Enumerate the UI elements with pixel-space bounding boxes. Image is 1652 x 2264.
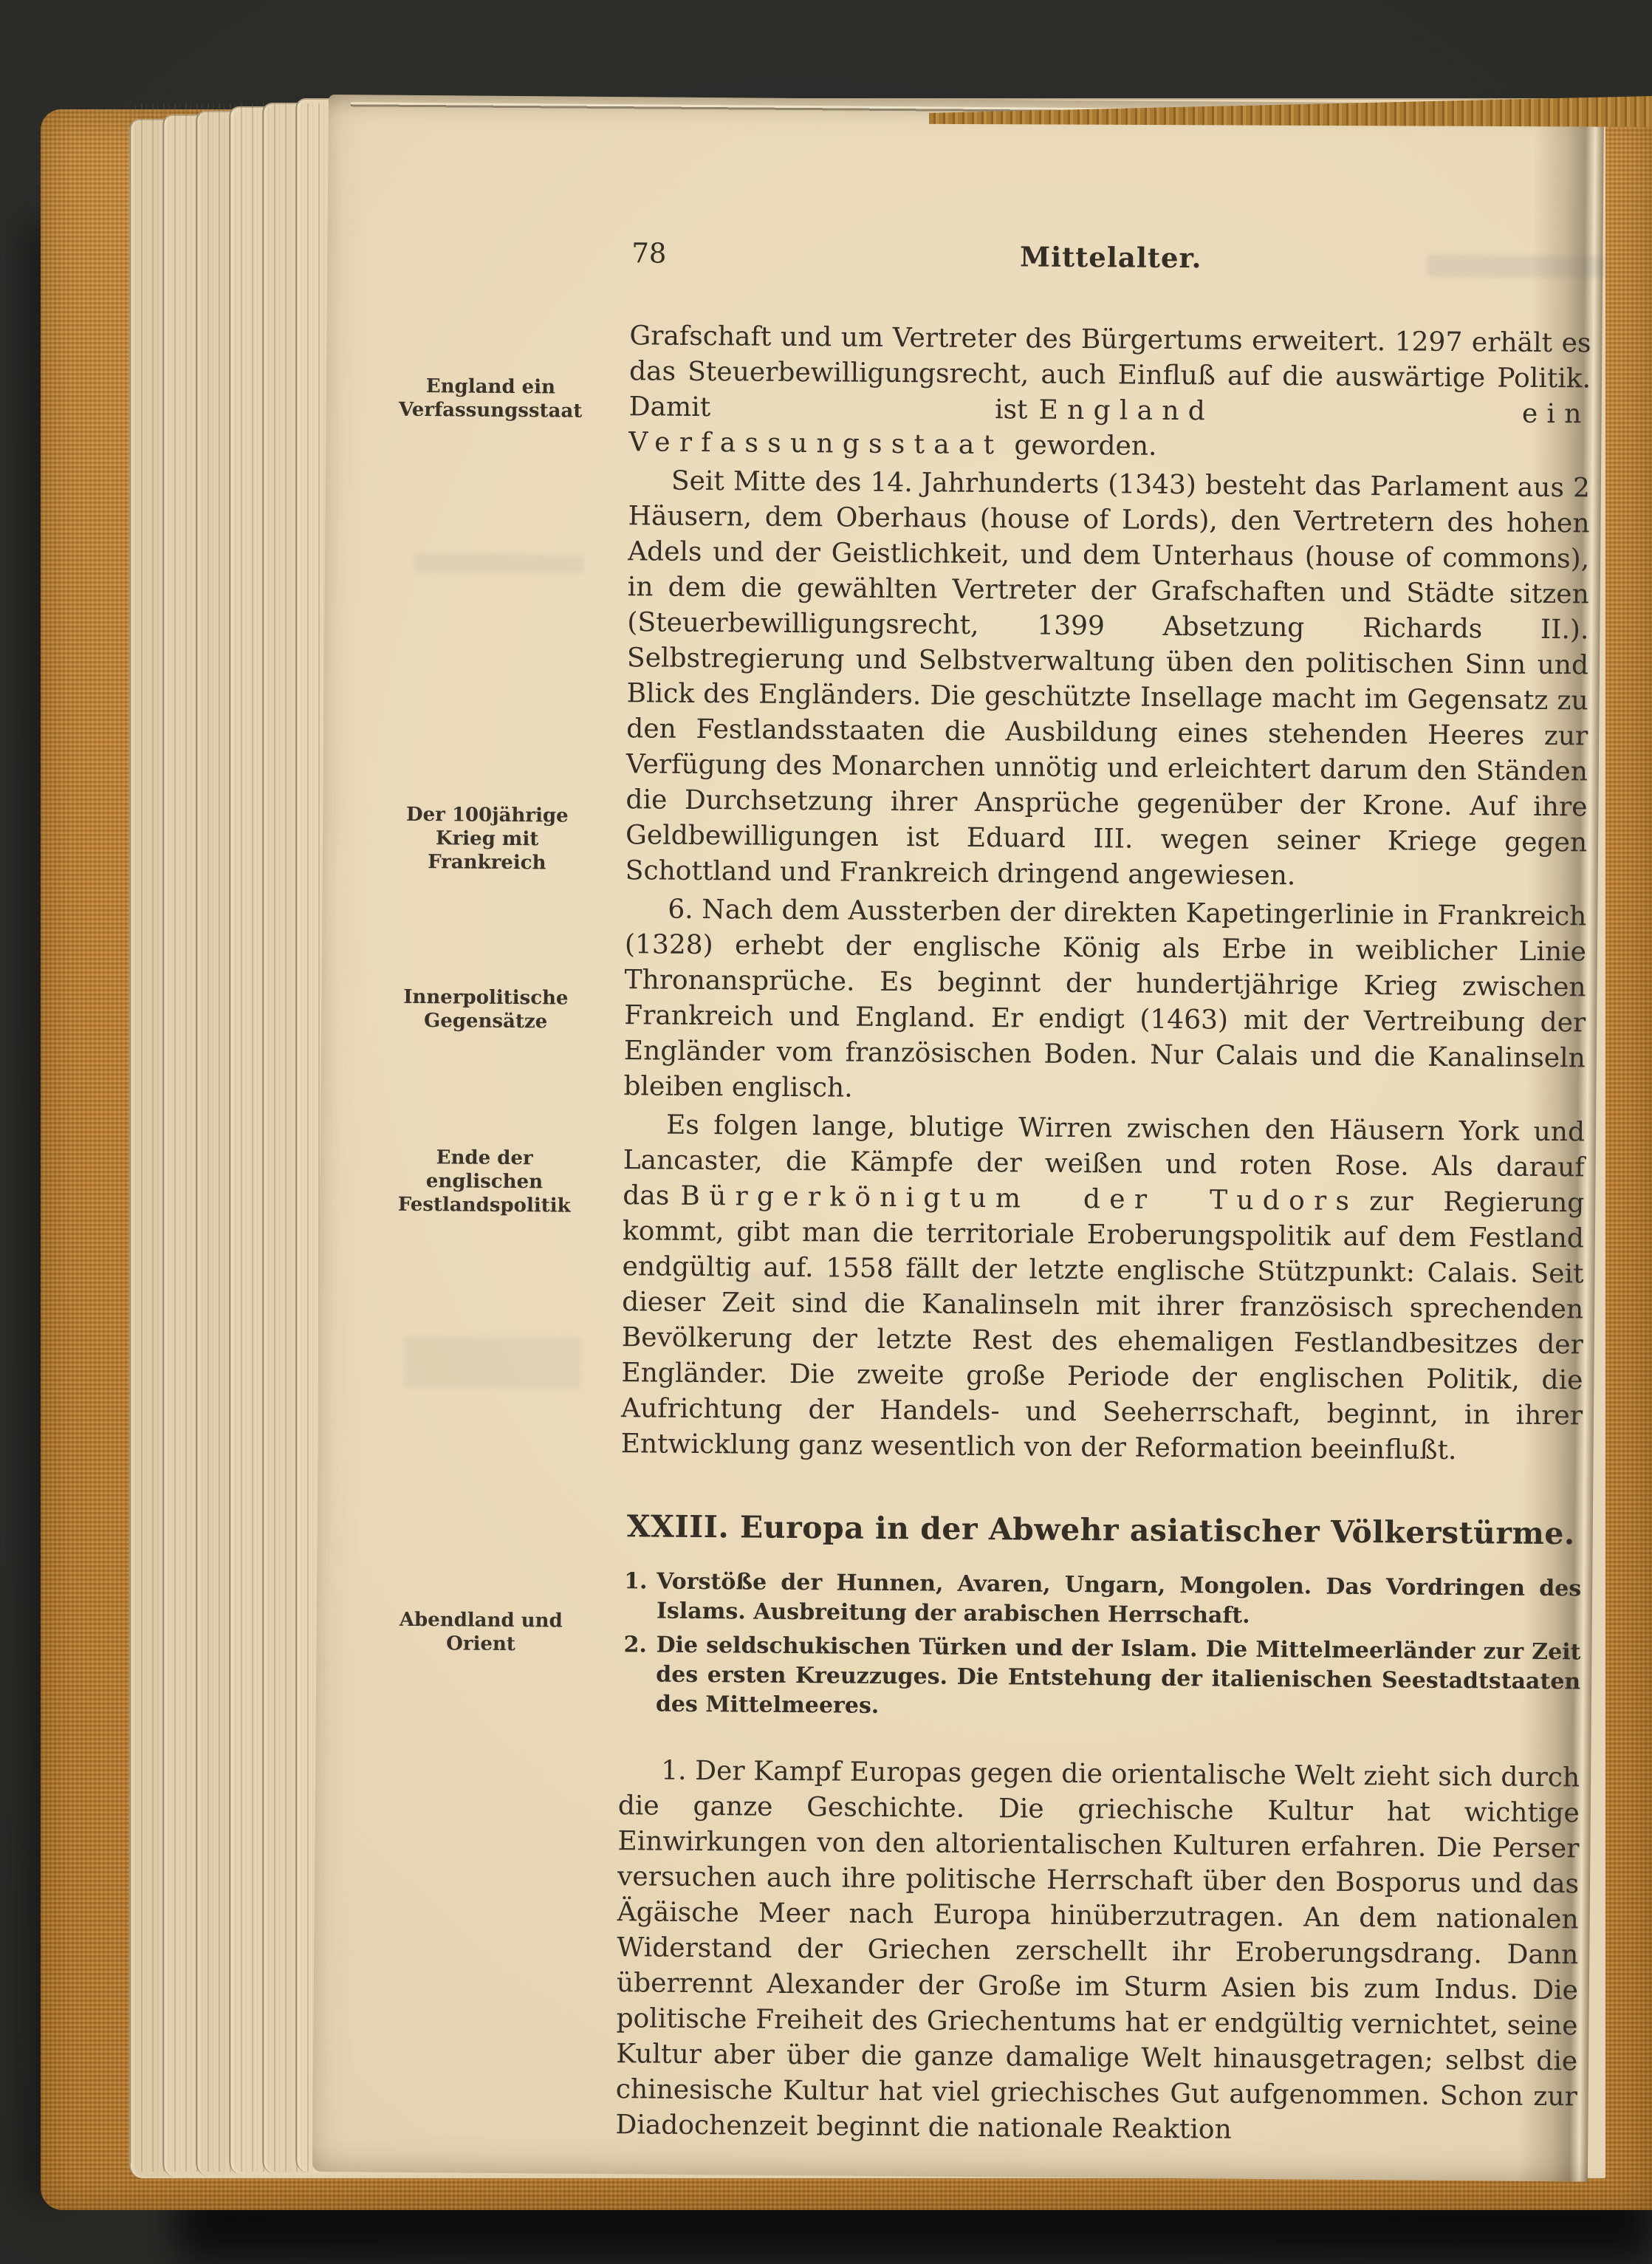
fore-edge-striations — [130, 103, 338, 2172]
overview-item-text: Vorstöße der Hunnen, Avaren, Ungarn, Mon… — [657, 1569, 1582, 1629]
body-paragraph: 6. Nach dem Aussterben der direkten Kape… — [623, 892, 1586, 1112]
chapter-overview-list: 1. Vorstöße der Hunnen, Avaren, Ungarn, … — [619, 1567, 1582, 1726]
body-paragraph: Grafschaft und um Vertreter des Bürgertu… — [628, 318, 1591, 468]
margin-note: Innerpolitische Gegensätze — [391, 985, 580, 1034]
overview-item-number: 2. — [623, 1630, 647, 1660]
overview-item: 2. Die seldschukischen Türken und der Is… — [619, 1630, 1581, 1726]
overview-item-text: Die seldschukischen Türken und der Islam… — [656, 1632, 1581, 1719]
paragraph-text: zur Regierung kommt, gibt man die territ… — [621, 1186, 1585, 1466]
text-column: 78 Mittelalter. Grafschaft und um Vertre… — [615, 236, 1591, 2153]
paragraph-text: 1. Der Kampf Europas gegen die orientali… — [615, 1756, 1580, 2145]
overview-item-number: 1. — [624, 1567, 648, 1596]
photo-of-open-book: { "doc": { "page_number": "78", "running… — [0, 0, 1652, 2264]
letterspaced-phrase: Bürgerkönigtum der Tudors — [680, 1181, 1358, 1217]
ink-bleedthrough — [403, 1336, 581, 1389]
body-paragraph: Seit Mitte des 14. Jahrhunderts (1343) b… — [626, 463, 1590, 896]
paragraph-text: 6. Nach dem Aussterben der direkten Kape… — [623, 895, 1586, 1104]
margin-note: Der 100jährige Krieg mit Frankreich — [393, 803, 582, 875]
ink-bleedthrough — [414, 553, 583, 574]
section-heading: XXIII. Europa in der Abwehr asiatischer … — [620, 1508, 1582, 1552]
margin-note: Abendland und Orient — [386, 1608, 575, 1657]
running-header: Mittelalter. — [630, 236, 1591, 278]
margin-note: Ende der englischen Festlandspolitik — [390, 1146, 579, 1218]
paragraph-text: Seit Mitte des 14. Jahrhunderts (1343) b… — [626, 466, 1590, 892]
page-header: 78 Mittelalter. — [630, 236, 1591, 281]
body-paragraph: Es folgen lange, blutige Wirren zwischen… — [620, 1107, 1585, 1469]
paragraph-text: geworden. — [1014, 430, 1156, 462]
margin-note: England ein Verfassungsstaat — [397, 375, 585, 423]
book-page: England ein Verfassungsstaat Der 100jähr… — [312, 95, 1604, 2181]
body-paragraph: 1. Der Kampf Europas gegen die orientali… — [615, 1753, 1580, 2150]
overview-item: 1. Vorstöße der Hunnen, Avaren, Ungarn, … — [620, 1567, 1582, 1633]
